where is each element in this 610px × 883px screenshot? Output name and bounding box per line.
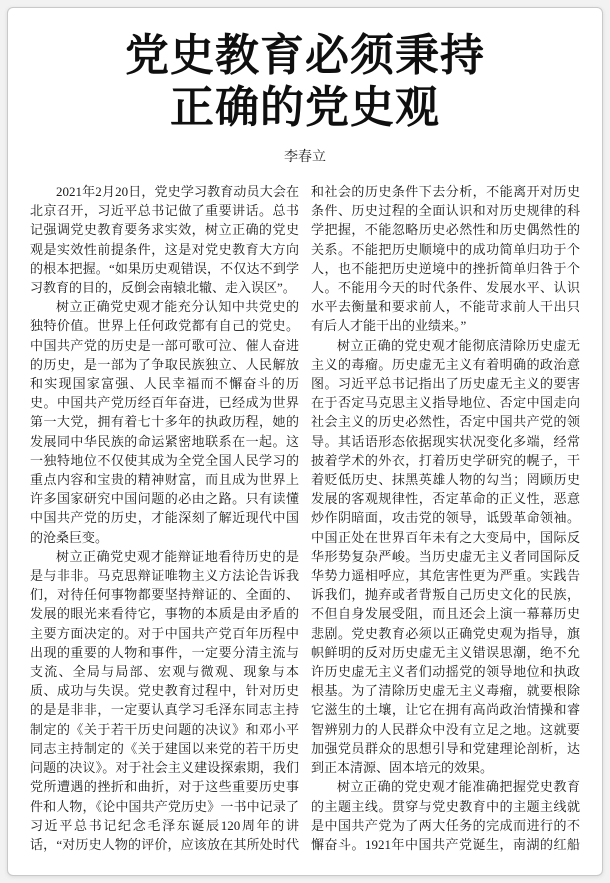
paragraph-2: 树立正确党史观才能充分认知中共党史的独特价值。世界上任何政党都有自己的党史。中国…: [30, 297, 299, 547]
article-page: 党史教育必须秉持 正确的党史观 李春立 2021年2月20日，党史学习教育动员大…: [7, 7, 603, 876]
paragraph-1: 2021年2月20日，党史学习教育动员大会在北京召开，习近平总书记做了重要讲话。…: [30, 182, 299, 297]
paragraph-4: 树立正确的党史观才能彻底清除历史虚无主义的毒瘤。历史虚无主义有着明确的政治意图。…: [311, 336, 580, 778]
article-body: 2021年2月20日，党史学习教育动员大会在北京召开，习近平总书记做了重要讲话。…: [30, 182, 580, 872]
title-line-2: 正确的党史观: [170, 83, 440, 132]
article-author: 李春立: [30, 146, 580, 166]
article-title: 党史教育必须秉持 正确的党史观: [30, 30, 580, 134]
title-line-1: 党史教育必须秉持: [125, 31, 485, 80]
